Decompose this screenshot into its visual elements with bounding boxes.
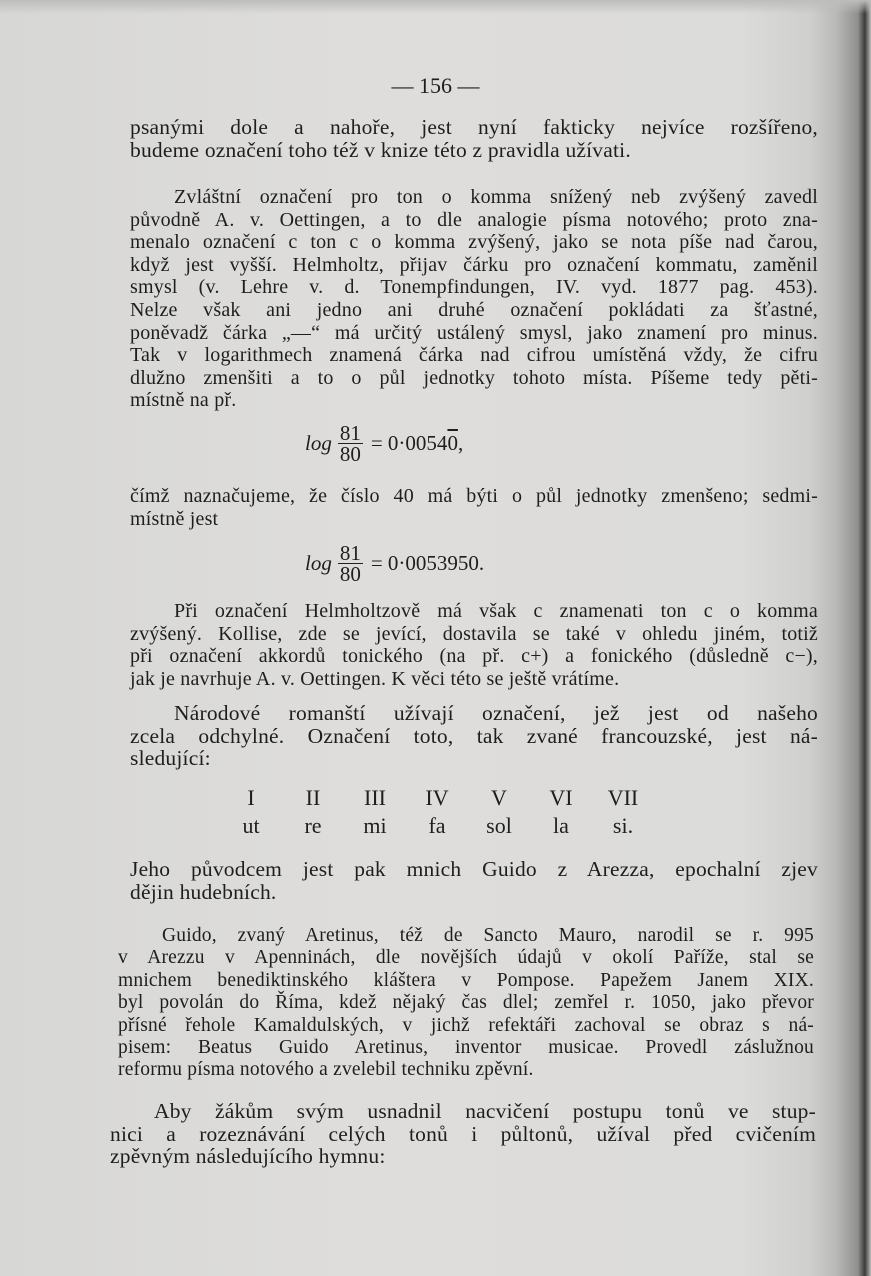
paragraph-oettingen-notation: Zvláštní označení pro ton o komma snížen… bbox=[130, 186, 818, 412]
roman-numeral: III bbox=[344, 785, 406, 811]
roman-numerals-row: IIIIIIIVVVIVII bbox=[220, 785, 660, 811]
solfege-syllable: si. bbox=[592, 813, 654, 839]
solfege-syllable: la bbox=[530, 813, 592, 839]
equation-log-seven-digit: log 81 80 = 0·0053950. bbox=[305, 543, 484, 584]
page-edge-shadow bbox=[0, 0, 871, 14]
solfege-syllable: ut bbox=[220, 813, 282, 839]
fraction: 81 80 bbox=[338, 543, 363, 584]
paragraph-continuation: psanými dole a nahoře, jest nyní faktick… bbox=[130, 116, 818, 161]
solfege-syllable: fa bbox=[406, 813, 468, 839]
paragraph-guido-biography: Guido, zvaný Aretinus, též de Sancto Mau… bbox=[118, 925, 814, 1082]
equation-log-five-digit: log 81 80 = 0·00540, bbox=[305, 423, 463, 464]
fraction: 81 80 bbox=[338, 423, 363, 464]
paragraph-guido-origin: Jeho původcem jest pak mnich Guido z Are… bbox=[130, 858, 818, 903]
solfege-syllable: mi bbox=[344, 813, 406, 839]
paragraph-explanation: čímž naznačujeme, že číslo 40 má býti o … bbox=[130, 485, 818, 530]
solfege-syllables-row: utremifasollasi. bbox=[220, 813, 660, 839]
roman-numeral: VII bbox=[592, 785, 654, 811]
roman-numeral: II bbox=[282, 785, 344, 811]
paragraph-helmholtz-notation: Při označení Helmholtzově má však c znam… bbox=[130, 600, 818, 690]
paragraph-romance-notation: Národové romanští užívají označení, jež … bbox=[130, 702, 818, 770]
solfege-syllable: re bbox=[282, 813, 344, 839]
solfege-syllable: sol bbox=[468, 813, 530, 839]
paragraph-hymn-intro: Aby žákům svým usnadnil nacvičení postup… bbox=[110, 1100, 816, 1168]
roman-numeral: V bbox=[468, 785, 530, 811]
solfege-table: IIIIIIIVVVIVII utremifasollasi. bbox=[220, 785, 660, 839]
book-page: — 156 — psanými dole a nahoře, jest nyní… bbox=[0, 0, 871, 1276]
roman-numeral: I bbox=[220, 785, 282, 811]
roman-numeral: IV bbox=[406, 785, 468, 811]
roman-numeral: VI bbox=[530, 785, 592, 811]
page-number: — 156 — bbox=[0, 73, 871, 99]
